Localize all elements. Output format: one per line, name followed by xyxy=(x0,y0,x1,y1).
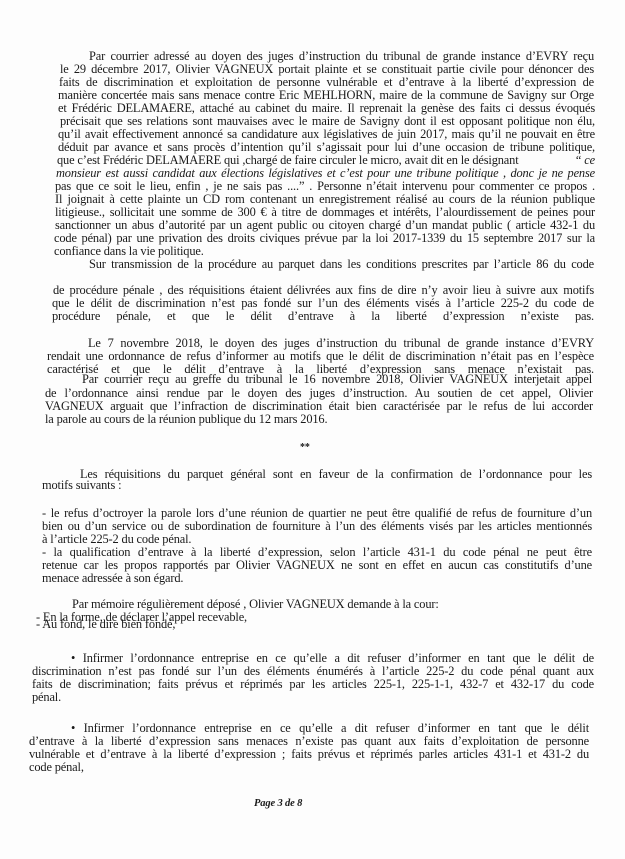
text-line: qu’il avait effectivement annoncé sa can… xyxy=(58,127,595,141)
text-line: Sur transmission de la procédure au parq… xyxy=(89,257,594,271)
line-text: menace adressée à son égard. xyxy=(42,571,183,585)
text-line: de l’ordonnance ainsi rendue par le doye… xyxy=(45,386,593,400)
text-line: code pénal, xyxy=(29,760,84,774)
text-line: Par mémoire régulièrement déposé , Olivi… xyxy=(72,597,439,611)
line-text: bien ou d’un service ou de subordination… xyxy=(42,519,592,533)
line-text: confiance dans la vie politique. xyxy=(54,244,204,258)
text-line: code pénal) par une privation des droits… xyxy=(54,231,595,245)
line-text: à l’article 225-2 du code pénal. xyxy=(42,532,191,546)
page-number: Page 3 de 8 xyxy=(254,797,302,811)
text-line: manière concertée mais sans menace contr… xyxy=(58,88,594,102)
line-text: monsieur est aussi candidat aux élection… xyxy=(56,166,595,180)
line-text: - la qualification d’entrave à la libert… xyxy=(42,545,592,559)
text-line: motifs suivants : xyxy=(42,478,121,492)
line-text: pénal. xyxy=(32,690,61,704)
line-text: vulnérable et d’entrave à la liberté d’e… xyxy=(29,747,589,761)
text-line: déduit par avance et sans procès d’inten… xyxy=(58,140,595,154)
line-text: code pénal) par une privation des droits… xyxy=(54,231,595,245)
text-line: discrimination n’est pas fondé sur l’un … xyxy=(32,664,594,678)
line-text: procédure pénale, et que le délit d’entr… xyxy=(52,309,594,323)
text-line: la parole au cours de la réunion publiqu… xyxy=(45,412,327,426)
text-line: bien ou d’un service ou de subordination… xyxy=(42,519,592,533)
text-line: - Au fond, le dire bien fondé, xyxy=(36,617,175,631)
line-text: discrimination n’est pas fondé sur l’un … xyxy=(32,664,594,678)
text-line: que c’est Frédéric DELAMAERE qui ,chargé… xyxy=(57,153,595,167)
line-text: Il joignait à cette plainte un CD rom co… xyxy=(55,192,595,206)
line-text: sanctionner un abus d’autorité par un ag… xyxy=(55,218,595,232)
text-line: que le délit de discrimination n’est pas… xyxy=(52,296,594,310)
quote-fragment: “ ce xyxy=(575,153,595,167)
line-text: et Frédéric DELAMAERE, attaché au cabine… xyxy=(58,101,595,115)
line-text: Par courrier reçu au greffe du tribunal … xyxy=(82,372,592,386)
line-text: de procédure pénale , des réquisitions é… xyxy=(53,283,594,297)
text-line: à l’article 225-2 du code pénal. xyxy=(42,532,191,546)
line-text: que c’est Frédéric DELAMAERE qui ,chargé… xyxy=(57,153,519,167)
text-line: Par courrier reçu au greffe du tribunal … xyxy=(82,372,592,386)
line-text: faits de discrimination et exploitation … xyxy=(59,75,594,89)
text-line: procédure pénale, et que le délit d’entr… xyxy=(52,309,594,323)
line-text: Le 7 novembre 2018, le doyen des juges d… xyxy=(88,336,594,350)
text-line: monsieur est aussi candidat aux élection… xyxy=(56,166,595,180)
text-line: faits de discrimination; faits prévus et… xyxy=(32,677,594,691)
line-text: - Au fond, le dire bien fondé, xyxy=(36,617,175,631)
line-text: litigieuse., sollicitait une somme de 30… xyxy=(55,205,595,219)
text-line: Il joignait à cette plainte un CD rom co… xyxy=(55,192,595,206)
line-text: motifs suivants : xyxy=(42,478,121,492)
text-line: rendait une ordonnance de refus d’inform… xyxy=(47,349,594,363)
text-line: Les réquisitions du parquet général sont… xyxy=(80,467,592,481)
line-text: déduit par avance et sans procès d’inten… xyxy=(58,140,595,154)
text-line: pénal. xyxy=(32,690,61,704)
line-text: Par mémoire régulièrement déposé , Olivi… xyxy=(72,597,439,611)
text-line: sanctionner un abus d’autorité par un ag… xyxy=(55,218,595,232)
text-line: pas que ce soit le lieu, enfin , je ne s… xyxy=(55,179,595,193)
text-line: - la qualification d’entrave à la libert… xyxy=(42,545,592,559)
line-text: manière concertée mais sans menace contr… xyxy=(58,88,594,102)
text-line: • Infirmer l’ordonnance entreprise en ce… xyxy=(71,651,594,665)
line-text: que le délit de discrimination n’est pas… xyxy=(52,296,594,310)
text-line: retenue car les propos rapportés par Oli… xyxy=(42,558,592,572)
line-text: Les réquisitions du parquet général sont… xyxy=(80,467,592,481)
text-line: précisait que ses relations sont mauvais… xyxy=(60,114,595,128)
line-text: précisait que ses relations sont mauvais… xyxy=(60,114,595,128)
line-text: retenue car les propos rapportés par Oli… xyxy=(42,558,592,572)
line-text: le 29 décembre 2017, Olivier VAGNEUX por… xyxy=(60,62,594,76)
text-line: confiance dans la vie politique. xyxy=(54,244,204,258)
line-text: Par courrier adressé au doyen des juges … xyxy=(89,49,594,63)
line-text: pas que ce soit le lieu, enfin , je ne s… xyxy=(55,179,595,193)
text-line: et Frédéric DELAMAERE, attaché au cabine… xyxy=(58,101,595,115)
text-line: • Infirmer l’ordonnance entreprise en ce… xyxy=(71,721,589,735)
line-text: VAGNEUX arguait que l’infraction de disc… xyxy=(45,399,593,413)
line-text: - le refus d’octroyer la parole lors d’u… xyxy=(42,506,592,520)
text-line: litigieuse., sollicitait une somme de 30… xyxy=(55,205,595,219)
line-text: code pénal, xyxy=(29,760,84,774)
text-line: de procédure pénale , des réquisitions é… xyxy=(53,283,594,297)
text-line: VAGNEUX arguait que l’infraction de disc… xyxy=(45,399,593,413)
line-text: Sur transmission de la procédure au parq… xyxy=(89,257,594,271)
line-text: la parole au cours de la réunion publiqu… xyxy=(45,412,327,426)
text-line: faits de discrimination et exploitation … xyxy=(59,75,594,89)
text-line: le 29 décembre 2017, Olivier VAGNEUX por… xyxy=(60,62,594,76)
line-text: • Infirmer l’ordonnance entreprise en ce… xyxy=(71,651,594,665)
text-line: - le refus d’octroyer la parole lors d’u… xyxy=(42,506,592,520)
text-line: d’entrave à la liberté d’expression sans… xyxy=(29,734,589,748)
text-line: menace adressée à son égard. xyxy=(42,571,183,585)
line-text: • Infirmer l’ordonnance entreprise en ce… xyxy=(71,721,589,735)
text-line: Par courrier adressé au doyen des juges … xyxy=(89,49,594,63)
text-line: Le 7 novembre 2018, le doyen des juges d… xyxy=(88,336,594,350)
line-text: faits de discrimination; faits prévus et… xyxy=(32,677,594,691)
line-text: de l’ordonnance ainsi rendue par le doye… xyxy=(45,386,593,400)
line-text: d’entrave à la liberté d’expression sans… xyxy=(29,734,589,748)
text-line: vulnérable et d’entrave à la liberté d’e… xyxy=(29,747,589,761)
line-text: qu’il avait effectivement annoncé sa can… xyxy=(58,127,595,141)
document-page: Par courrier adressé au doyen des juges … xyxy=(0,0,625,859)
line-text: rendait une ordonnance de refus d’inform… xyxy=(47,349,594,363)
section-separator: ** xyxy=(300,441,310,455)
